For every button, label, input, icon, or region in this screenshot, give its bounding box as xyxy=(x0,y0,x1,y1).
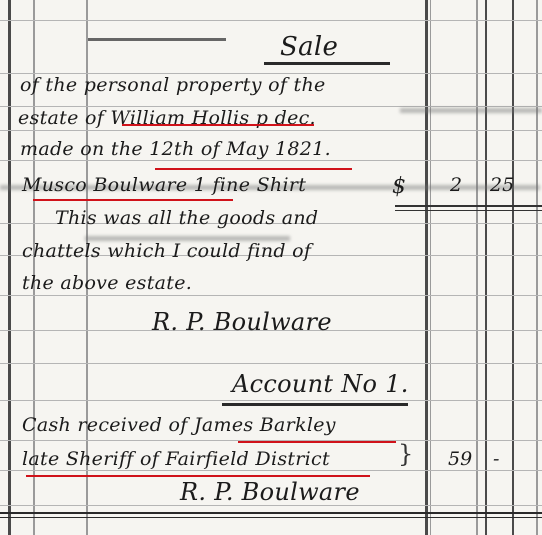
cents-rule xyxy=(512,0,514,535)
bottom-total-rule xyxy=(0,512,542,518)
row-rule xyxy=(0,130,542,131)
sale-line-1: of the personal property of the xyxy=(20,74,326,96)
account-line-2: late Sheriff of Fairfield District xyxy=(22,448,330,470)
dollars-cents-rule xyxy=(485,0,487,535)
annotation-underline-payer xyxy=(238,441,396,443)
brace-mark: } xyxy=(398,440,413,468)
annotation-underline-decedent xyxy=(122,124,314,126)
header-rule xyxy=(88,38,226,41)
amount-column-rule xyxy=(425,0,428,535)
ledger-page: Sale of the personal property of the est… xyxy=(0,0,542,535)
sale-heading-underline xyxy=(264,62,390,65)
annotation-underline-date xyxy=(155,168,352,170)
annotation-underline-title xyxy=(26,475,370,477)
annotation-underline-buyer xyxy=(33,199,233,201)
row-rule xyxy=(0,400,542,401)
account-heading: Account No 1. xyxy=(232,370,409,398)
account-heading-underline xyxy=(222,403,408,406)
sale-line-6: chattels which I could find of xyxy=(22,240,311,262)
sale-line-5: This was all the goods and xyxy=(55,207,318,229)
dollars-cents-rule xyxy=(476,0,478,535)
row-rule xyxy=(0,20,542,21)
row-rule xyxy=(0,363,542,364)
ink-smudge xyxy=(400,108,542,113)
sale-line-3: made on the 12th of May 1821. xyxy=(20,138,331,160)
account-cents: - xyxy=(493,448,499,470)
row-rule xyxy=(0,470,542,471)
sale-item-line: Musco Boulware 1 fine Shirt xyxy=(22,174,306,196)
amount-column-rule xyxy=(430,0,431,535)
right-rule xyxy=(536,0,538,535)
item-cents: 25 xyxy=(490,174,514,196)
left-margin-rule xyxy=(8,0,11,535)
sale-heading: Sale xyxy=(280,32,338,62)
sale-line-7: the above estate. xyxy=(22,272,192,294)
item-dollars: 2 xyxy=(450,174,462,196)
currency-symbol: $ xyxy=(392,174,406,199)
amount-total-rule xyxy=(395,205,542,211)
row-rule xyxy=(0,295,542,296)
account-dollars: 59 xyxy=(448,448,472,470)
row-rule xyxy=(0,160,542,161)
account-signature: R. P. Boulware xyxy=(180,478,360,506)
account-line-1: Cash received of James Barkley xyxy=(22,414,336,436)
sale-signature: R. P. Boulware xyxy=(152,308,332,336)
